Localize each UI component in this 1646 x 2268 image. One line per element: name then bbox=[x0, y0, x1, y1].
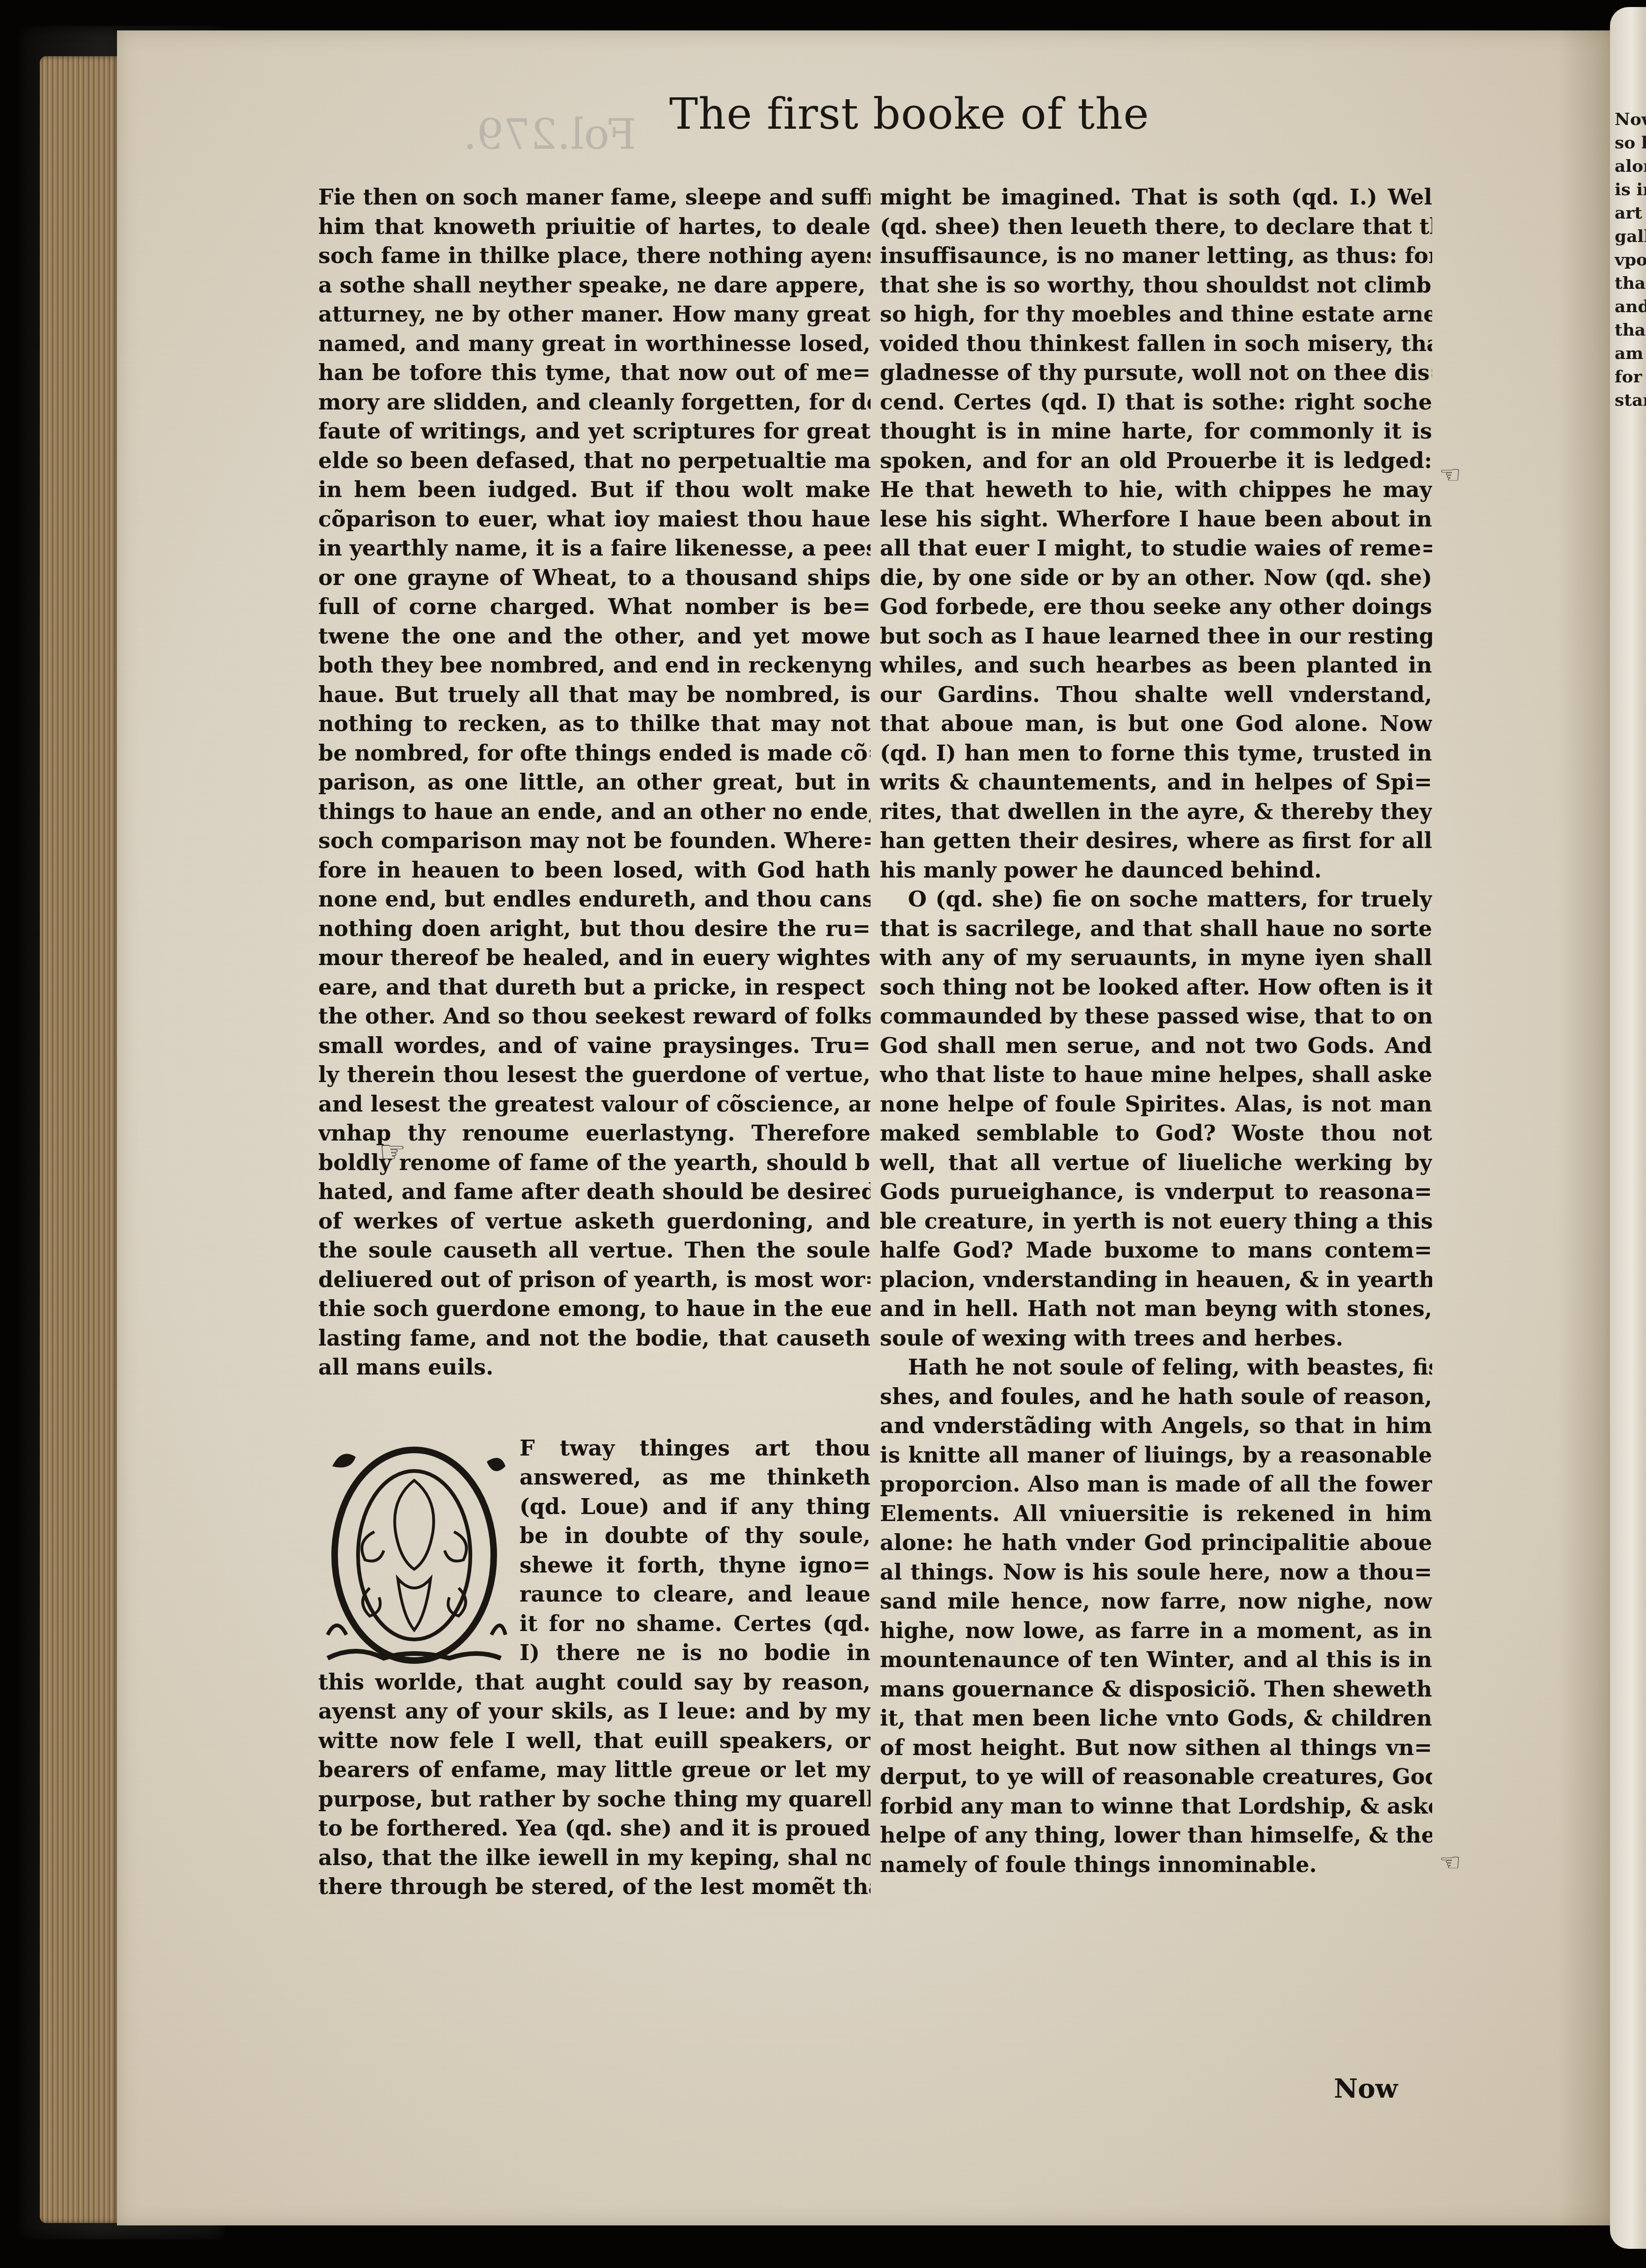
left-column-top-paragraph: Fie then on soch maner fame, sleepe and … bbox=[318, 183, 871, 1382]
woodcut-initial-o-icon bbox=[318, 1438, 510, 1668]
text-line: soch fame in thilke place, there nothing… bbox=[318, 241, 871, 271]
recto-text-line: vpon Deu bbox=[1610, 248, 1646, 271]
text-line: of most height. But now sithen al things… bbox=[880, 1733, 1432, 1763]
text-line: parison, as one little, an other great, … bbox=[318, 768, 871, 797]
text-line: the soule causeth all vertue. Then the s… bbox=[318, 1236, 871, 1265]
text-line: (qd. I) han men to forne this tyme, trus… bbox=[880, 739, 1432, 768]
text-line: (qd. Loue) and if any thing bbox=[519, 1492, 871, 1522]
recto-text-line: art thy sel bbox=[1610, 201, 1646, 225]
text-line: maked semblable to God? Woste thou not bbox=[880, 1119, 1432, 1148]
recto-text-line: alone. T bbox=[1610, 154, 1646, 178]
text-line: shes, and foules, and he hath soule of r… bbox=[880, 1382, 1432, 1412]
text-line: He that heweth to hie, with chippes he m… bbox=[880, 475, 1432, 505]
text-line: twene the one and the other, and yet mow… bbox=[318, 622, 871, 651]
left-text-column: Fie then on soch maner fame, sleepe and … bbox=[318, 183, 871, 1902]
text-line: commaunded by these passed wise, that to… bbox=[880, 1002, 1432, 1031]
text-line: halfe God? Made buxome to mans contem= bbox=[880, 1236, 1432, 1265]
text-line: ble creature, in yerth is not euery thin… bbox=[880, 1207, 1432, 1236]
text-line: han getten their desires, where as first… bbox=[880, 826, 1432, 856]
text-line: shewe it forth, thyne igno= bbox=[519, 1551, 871, 1580]
text-line: writs & chauntements, and in helpes of S… bbox=[880, 768, 1432, 797]
text-line: faute of writings, and yet scriptures fo… bbox=[318, 417, 871, 446]
recto-text-line: Now t bbox=[1610, 108, 1646, 131]
text-line: F tway thinges art thou bbox=[519, 1434, 871, 1463]
recto-text-line: for hir d bbox=[1610, 365, 1646, 388]
text-line: answered, as me thinketh bbox=[519, 1463, 871, 1492]
text-line: bearers of enfame, may little greue or l… bbox=[318, 1755, 871, 1785]
recto-text-line: that thou bbox=[1610, 318, 1646, 342]
text-line: die, by one side or by an other. Now (qd… bbox=[880, 563, 1432, 593]
manicule-pointing-hand-icon: ☜ bbox=[1439, 461, 1461, 489]
text-line: namely of foule things innominable. bbox=[880, 1850, 1432, 1880]
text-line: be nombred, for ofte things ended is mad… bbox=[318, 739, 871, 768]
text-line: to be forthered. Yea (qd. she) and it is… bbox=[318, 1814, 871, 1843]
text-line: God shall men serue, and not two Gods. A… bbox=[880, 1031, 1432, 1061]
text-line: be in doubte of thy soule, bbox=[519, 1521, 871, 1551]
lines-beside-initial: F tway thinges art thouanswered, as me t… bbox=[519, 1434, 871, 1668]
text-line: I) there ne is no bodie in bbox=[519, 1638, 871, 1668]
text-line: him that knoweth priuitie of hartes, to … bbox=[318, 212, 871, 241]
text-line: well, that all vertue of liueliche werki… bbox=[880, 1148, 1432, 1178]
text-line: (qd. shee) then leueth there, to declare… bbox=[880, 212, 1432, 241]
text-line: placion, vnderstanding in heauen, & in y… bbox=[880, 1265, 1432, 1295]
recto-page-text: Now tso high, sialone. Tis in a maart th… bbox=[1610, 108, 1646, 412]
text-line: hated, and fame after death should be de… bbox=[318, 1177, 871, 1207]
manicule-pointing-hand-icon: ☞ bbox=[379, 1135, 406, 1170]
text-line: this worlde, that aught could say by rea… bbox=[318, 1668, 871, 1697]
text-line: Elements. All vniuersitie is rekened in … bbox=[880, 1499, 1432, 1529]
text-line: O (qd. she) fie on soche matters, for tr… bbox=[880, 885, 1432, 914]
recto-text-line: that shal bbox=[1610, 271, 1646, 295]
text-line: voided thou thinkest fallen in soch mise… bbox=[880, 329, 1432, 358]
text-line: small wordes, and of vaine praysinges. T… bbox=[318, 1031, 871, 1061]
text-line: Hath he not soule of feling, with beaste… bbox=[880, 1353, 1432, 1382]
text-line: and lesest the greatest valour of cõscie… bbox=[318, 1090, 871, 1119]
show-through-folio-number: Fol.279. bbox=[463, 110, 636, 159]
text-line: none end, but endles endureth, and thou … bbox=[318, 885, 871, 914]
text-line: spoken, and for an old Prouerbe it is le… bbox=[880, 446, 1432, 476]
text-line: our Gardins. Thou shalte well vnderstand… bbox=[880, 680, 1432, 710]
text-line: that she is so worthy, thou shouldst not… bbox=[880, 271, 1432, 300]
text-line: rites, that dwellen in the ayre, & there… bbox=[880, 797, 1432, 827]
recto-text-line: is in a ma bbox=[1610, 178, 1646, 201]
text-line: that is sacrilege, and that shall haue n… bbox=[880, 914, 1432, 944]
recto-text-line: gall vpon bbox=[1610, 225, 1646, 248]
text-line: and in hell. Hath not man beyng with sto… bbox=[880, 1294, 1432, 1324]
text-line: mans gouernance & disposiciõ. Then shewe… bbox=[880, 1675, 1432, 1704]
gutter-shadow bbox=[1558, 30, 1615, 2225]
chapter-opening: F tway thinges art thouanswered, as me t… bbox=[318, 1434, 871, 1668]
text-line: there through be stered, of the lest mom… bbox=[318, 1872, 871, 1902]
text-line: it for no shame. Certes (qd. bbox=[519, 1609, 871, 1639]
facing-recto-page-edge: Now tso high, sialone. Tis in a maart th… bbox=[1610, 7, 1646, 2249]
text-line: nothing doen aright, but thou desire the… bbox=[318, 914, 871, 944]
text-line: soule of wexing with trees and herbes. bbox=[880, 1324, 1432, 1353]
text-line: all mans euils. bbox=[318, 1353, 871, 1382]
text-line: or one grayne of Wheat, to a thousand sh… bbox=[318, 563, 871, 593]
manicule-pointing-hand-icon: ☜ bbox=[1439, 1849, 1461, 1877]
text-line: deliuered out of prison of yearth, is mo… bbox=[318, 1265, 871, 1295]
text-line: whiles, and such hearbes as been planted… bbox=[880, 651, 1432, 680]
text-line: his manly power he daunced behind. bbox=[880, 856, 1432, 885]
text-line: haue. But truely all that may be nombred… bbox=[318, 680, 871, 710]
text-line: soch thing not be looked after. How ofte… bbox=[880, 973, 1432, 1002]
text-line: helpe of any thing, lower than himselfe,… bbox=[880, 1821, 1432, 1850]
catchword: Now bbox=[1334, 2073, 1398, 2104]
text-line: cend. Certes (qd. I) that is sothe: righ… bbox=[880, 388, 1432, 417]
text-line: with any of my seruaunts, in myne iyen s… bbox=[880, 943, 1432, 973]
text-line: lese his sight. Wherfore I haue been abo… bbox=[880, 505, 1432, 534]
text-line: insuffisaunce, is no maner letting, as t… bbox=[880, 241, 1432, 271]
text-line: forbid any man to winne that Lordship, &… bbox=[880, 1792, 1432, 1821]
text-line: all that euer I might, to studie waies o… bbox=[880, 534, 1432, 563]
text-line: might be imagined. That is soth (qd. I.)… bbox=[880, 183, 1432, 212]
text-line: God forbede, ere thou seeke any other do… bbox=[880, 592, 1432, 622]
text-line: both they bee nombred, and end in recken… bbox=[318, 651, 871, 680]
text-line: is knitte all maner of liuings, by a rea… bbox=[880, 1441, 1432, 1470]
text-line: atturney, ne by other maner. How many gr… bbox=[318, 300, 871, 329]
text-line: things to haue an ende, and an other no … bbox=[318, 797, 871, 827]
text-line: who that liste to haue mine helpes, shal… bbox=[880, 1060, 1432, 1090]
text-line: proporcion. Also man is made of all the … bbox=[880, 1470, 1432, 1499]
text-line: named, and many great in worthinesse los… bbox=[318, 329, 871, 358]
recto-text-line: stand, tha bbox=[1610, 388, 1646, 412]
text-line: so high, for thy moebles and thine estat… bbox=[880, 300, 1432, 329]
text-line: cõparison to euer, what ioy maiest thou … bbox=[318, 505, 871, 534]
right-text-column: might be imagined. That is soth (qd. I.)… bbox=[880, 183, 1432, 1879]
recto-text-line: so high, si bbox=[1610, 131, 1646, 154]
text-line: highe, now lowe, as farre in a moment, a… bbox=[880, 1616, 1432, 1646]
text-line: purpose, but rather by soche thing my qu… bbox=[318, 1785, 871, 1814]
text-line: raunce to cleare, and leaue bbox=[519, 1580, 871, 1609]
text-line: mour thereof be healed, and in euery wig… bbox=[318, 943, 871, 973]
text-line: elde so been defased, that no perpetualt… bbox=[318, 446, 871, 476]
text-line: in yearthly name, it is a faire likeness… bbox=[318, 534, 871, 563]
text-line: fore in heauen to been losed, with God h… bbox=[318, 856, 871, 885]
text-line: thought is in mine harte, for commonly i… bbox=[880, 417, 1432, 446]
text-line: of werkes of vertue asketh guerdoning, a… bbox=[318, 1207, 871, 1236]
text-line: al things. Now is his soule here, now a … bbox=[880, 1558, 1432, 1587]
text-line: han be tofore this tyme, that now out of… bbox=[318, 358, 871, 388]
text-line: gladnesse of thy pursute, woll not on th… bbox=[880, 358, 1432, 388]
text-line: nothing to recken, as to thilke that may… bbox=[318, 709, 871, 739]
paragraph-gap bbox=[318, 1382, 871, 1434]
text-line: and vnderstãding with Angels, so that in… bbox=[880, 1411, 1432, 1441]
text-line: Gods puruеighance, is vnderput to reason… bbox=[880, 1177, 1432, 1207]
left-column-bottom-paragraph: this worlde, that aught could say by rea… bbox=[318, 1668, 871, 1902]
text-line: eare, and that dureth but a pricke, in r… bbox=[318, 973, 871, 1002]
text-line: in hem been iudged. But if thou wolt mak… bbox=[318, 475, 871, 505]
text-line: thie soch guerdone emong, to haue in the… bbox=[318, 1294, 871, 1324]
text-line: none helpe of foule Spirites. Alas, is n… bbox=[880, 1090, 1432, 1119]
page-block-fore-edge bbox=[40, 56, 119, 2223]
text-line: full of corne charged. What nomber is be… bbox=[318, 592, 871, 622]
recto-text-line: and sheo bbox=[1610, 295, 1646, 318]
text-line: Fie then on soch maner fame, sleepe and … bbox=[318, 183, 871, 212]
text-line: that aboue man, is but one God alone. No… bbox=[880, 709, 1432, 739]
text-line: lasting fame, and not the bodie, that ca… bbox=[318, 1324, 871, 1353]
text-line: alone: he hath vnder God principalitie a… bbox=[880, 1528, 1432, 1558]
text-line: but soch as I haue learned thee in our r… bbox=[880, 622, 1432, 651]
text-line: the other. And so thou seekest reward of… bbox=[318, 1002, 871, 1031]
text-line: witte now fele I well, that euill speake… bbox=[318, 1726, 871, 1756]
text-line: derput, to ye will of reasonable creatur… bbox=[880, 1762, 1432, 1792]
text-line: it, that men been liche vnto Gods, & chi… bbox=[880, 1704, 1432, 1733]
text-line: also, that the ilke iewell in my keping,… bbox=[318, 1843, 871, 1873]
text-line: a sothe shall neyther speake, ne dare ap… bbox=[318, 271, 871, 300]
text-line: ly therein thou lesest the guerdone of v… bbox=[318, 1060, 871, 1090]
text-line: mountenaunce of ten Winter, and al this … bbox=[880, 1645, 1432, 1675]
text-line: mory are slidden, and cleanly forgetten,… bbox=[318, 388, 871, 417]
running-head: The first booke of the bbox=[669, 89, 1149, 139]
text-line: ayenst any of your skils, as I leue: and… bbox=[318, 1697, 871, 1726]
recto-text-line: am cõme bbox=[1610, 342, 1646, 365]
text-line: sand mile hence, now farre, now nighe, n… bbox=[880, 1587, 1432, 1616]
text-line: soch comparison may not be founden. Wher… bbox=[318, 826, 871, 856]
